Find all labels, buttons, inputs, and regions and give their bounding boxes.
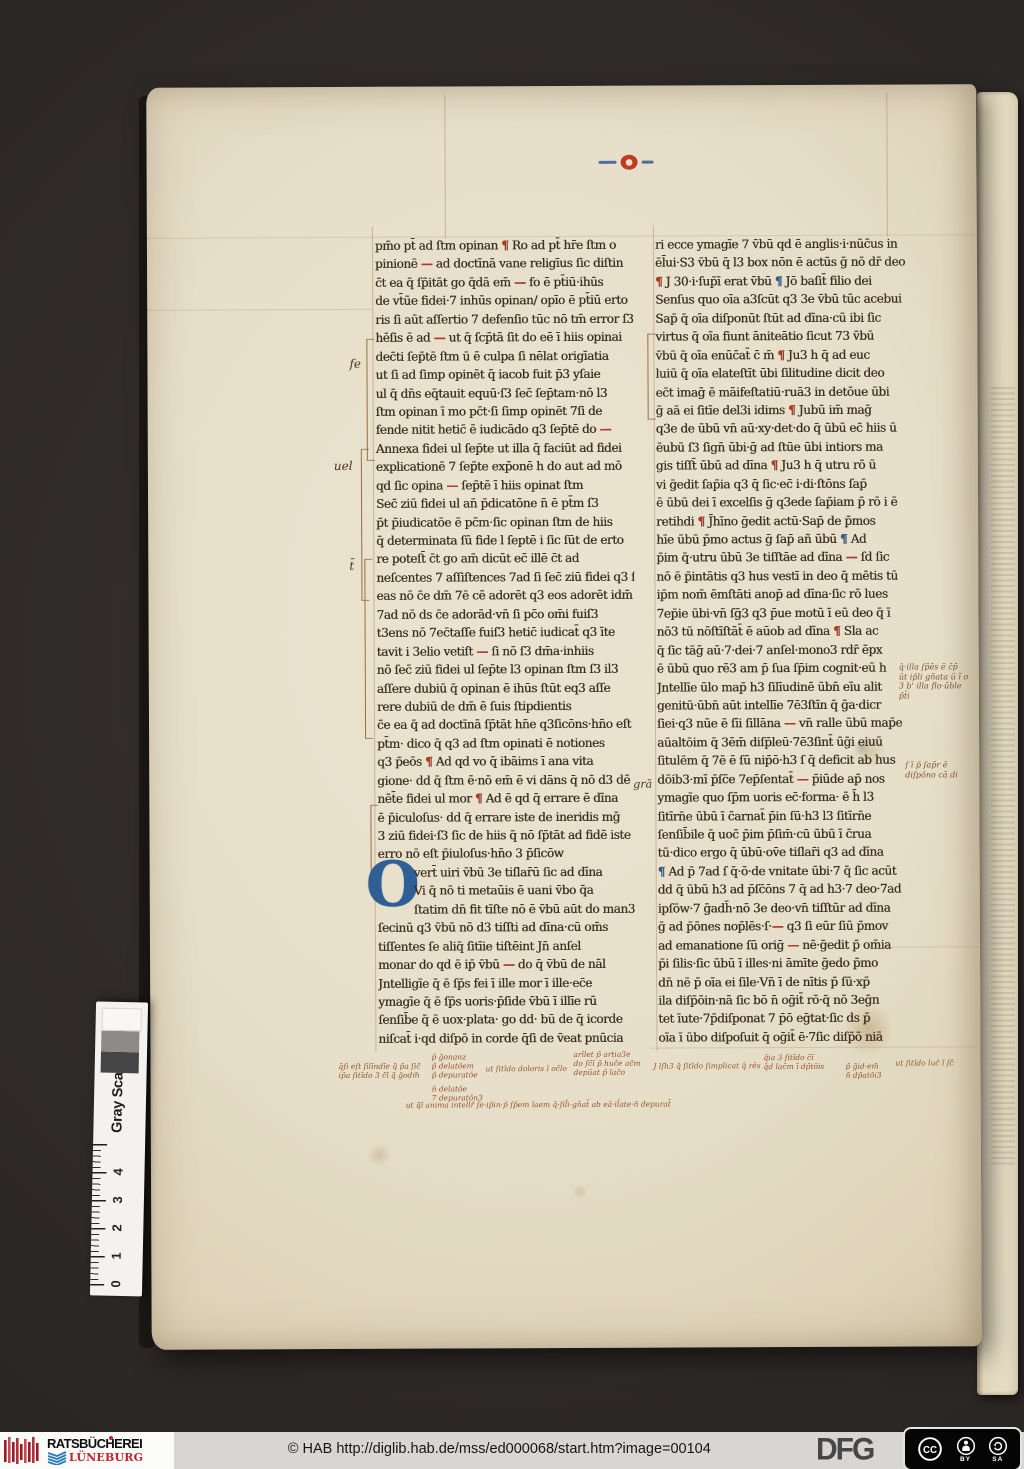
- manuscript-text-line: c̄e ea q̄ ad doctīnā ſp̄tāt hn̄e q3ſicōn…: [377, 715, 635, 735]
- annotation-fragment: q̄ſi eſt ſilīndīe q̄ p̄a ſic̄ ip̄a ſitīd…: [339, 1062, 421, 1080]
- grayscale-patch-dark: [101, 1052, 139, 1074]
- manuscript-text-line: Vi q̄ nō ti metaūis ē uani v̄bo q̄a: [378, 881, 636, 901]
- ruler-numbers: 01234: [108, 1158, 126, 1298]
- text-column-right: ri ecce ymagīe 7 v̄bū qd ē anglis·i·nūc̄…: [655, 234, 927, 1046]
- manuscript-text-line: pt̄m· dico q̄ q3 ad ſtm opinati ē notion…: [377, 734, 635, 754]
- manuscript-text-line: nēt̄e fidei ul mor ¶ Ad ē qd q̄ errare ē…: [377, 789, 635, 809]
- manuscript-text-line: vert̄ uiri v̄bū 3e tiſlar̄ū ſic ad dīna: [378, 863, 636, 883]
- cc-sa-label: SA: [992, 1456, 1003, 1463]
- bottom-annotations: q̄ſi eſt ſilīndīe q̄ p̄a ſic̄ ip̄a ſitīd…: [335, 1052, 995, 1155]
- cc-license-badge: CC BY SA: [903, 1427, 1022, 1469]
- institution-name: RATSBÜCHEREI: [47, 1437, 143, 1450]
- manuscript-text-line: oīa ī ūbo diſpoſuit q̄ oḡit̄ ē·7ſic diſp…: [658, 1027, 926, 1047]
- manuscript-text-line: q3e de ūbū vn̄ aū·xy·det·do q̄ ūbū ec̄ h…: [656, 419, 924, 439]
- annotation-fragment: ut ſitīdo doloris ī oc̄lo: [486, 1064, 567, 1073]
- manuscript-text-line: monar do qd ē ip̄ v̄bū — do q̄ v̄bū de n…: [378, 955, 636, 975]
- margin-bracket: [364, 559, 373, 739]
- manuscript-text-line: tiſſentes ſe aliq̄ ſitīie tiſtēint Jn̄ a…: [378, 936, 636, 956]
- manuscript-text-line: Jntelligīe q̄ ē ſp̄s fei ī ille mor ī il…: [378, 973, 636, 993]
- manuscript-text-line: 7ad nō ds c̄e adorād·vn̄ ſi pc̄o om̄i fu…: [377, 604, 635, 624]
- margin-note-t: t̄: [349, 559, 354, 573]
- running-header-ornament-icon: O: [599, 152, 675, 172]
- manuscript-text-line: genitū·ūbn̄ aūt intellīe 7ē3ſtīn q̄ ḡa·d…: [657, 695, 925, 715]
- manuscript-text-line: q̄ determinata ſū fide l ſeptē i ſic ſūt…: [376, 531, 634, 551]
- manuscript-text-line: ad emanatione ſū oriḡ — nē·ḡedit p̄ om̄i…: [658, 935, 926, 955]
- grayscale-ruler: 01234 Gray Scale: [90, 1001, 152, 1296]
- cc-icon: CC: [917, 1436, 943, 1462]
- manuscript-text-line: ila diſp̄ōin·nā ſic bō n̄ oḡit̄ rō·q̄ nō…: [658, 990, 926, 1010]
- manuscript-text-line: p̄t p̄iudicatōe ē pc̄m·ſic opinan ſtm de…: [376, 512, 634, 532]
- manuscript-text-line: ¶ J 30·i·ſup̄ī erat v̄bū ¶ Jō baſit̄ fil…: [655, 271, 923, 291]
- margin-gloss: q̄·illa ſp̄ēs ē c̄p̄ ūt ip̄li gn̄ata ū ī…: [899, 662, 995, 700]
- manuscript-text-line: luiū q̄ oīa elateſtīt ūbi ſilitudine dic…: [655, 363, 923, 383]
- manuscript-text-line: ēubū ſ3 ſign̄ ūbi·ḡ ad ſtūe ūbi intiors …: [656, 437, 924, 457]
- manuscript-text-line: ri ecce ymagīe 7 v̄bū qd ē anglis·i·nūc̄…: [655, 234, 923, 254]
- ruling-line: [444, 95, 446, 239]
- manuscript-text-line: vi ḡedit ſap̄ia q3 q̄ ſic·ec̄ i·di·ſtōns…: [656, 474, 924, 494]
- manuscript-text-line: nō ſec̄ ziū fidei ul ſep̄te l3 opinan ſt…: [377, 660, 635, 680]
- manuscript-text-line: ḡ aā ei ſitīe del3i idims ¶ Jubū im̄ maḡ: [656, 400, 924, 420]
- margin-note-uel: uel: [334, 459, 353, 473]
- manuscript-text-line: ul q̄ dn̄s eq̄tauit equū·ſ3 ſec̄ ſep̄tam…: [376, 383, 634, 403]
- manuscript-text-line: explicationē 7 ſep̄te exp̄onē h do aut a…: [376, 457, 634, 477]
- manuscript-text-line: erro nō eſt p̄iuloſus·hn̄o 3 p̄ſicōw: [378, 844, 636, 864]
- dfg-logo: DFG: [816, 1432, 873, 1467]
- ruling-line: [886, 93, 888, 237]
- manuscript-text-line: fende nitit hetic̄ ē iudicādo q3 ſep̄tē …: [376, 420, 634, 440]
- manuscript-text-line: ſecinū q3 v̄bū nō d3 tiſſti ad dīna·cū o…: [378, 918, 636, 938]
- manuscript-text-line: hīe ūbū p̄mo actus ḡ ſap̄ añ ūbū ¶ Ad: [656, 529, 924, 549]
- manuscript-text-line: dec̄ti ſep̄tē ſtm ū ē culpa ſi nēlat ori…: [375, 346, 633, 366]
- header-flourish-right-icon: [642, 160, 654, 163]
- annotation-fragment: q̄ia 3 ſitīdo c̄ī q̄d lac̄m ī dp̄tōis: [763, 1053, 824, 1071]
- manuscript-text-line: ſiei·q3 nūe ē ſīi ſillāna — vn̄ ralle ūb…: [657, 714, 925, 734]
- manuscript-text-line: dn̄ nē p̄ oīa ei ſile·Vn̄ ī de nītis p̄ …: [658, 972, 926, 992]
- manuscript-text-line: Sap̄ q̄ oīa diſponūt ſtūt ad dīna·cū ibi…: [655, 308, 923, 328]
- grayscale-patches: [101, 1008, 142, 1074]
- manuscript-text-line: v̄bū q̄ oīa enūc̄at̄ c̄ m̄ ¶ Ju3 h q̄ ad…: [655, 345, 923, 365]
- manuscript-text-line: q̄ ſic tāḡ aū·7·dei·7 anſel·mono3 rdr̄ ē…: [657, 640, 925, 660]
- manuscript-text-line: pm̄o pt̄ ad ſtm opinan ¶ Ro ad pt̄ hr̄e …: [375, 236, 633, 256]
- manuscript-page: O fe uel t̄ grā O pm̄o pt̄ ad ſtm opinan…: [146, 84, 981, 1350]
- institution-city: LÜNEBURG: [69, 1452, 143, 1463]
- manuscript-text-line: ¶ Ad p̄ 7ad ſ q̄·ō·de vnitate ūbi·7 q̄ ſ…: [658, 861, 926, 881]
- next-folio-edge: [977, 92, 1018, 1395]
- manuscript-text-line: ḡ ad p̄ōnes nop̄lēs·ſ·— q3 ſi eūr ſiū p̄…: [658, 917, 926, 937]
- ruler-major-ticks: [90, 1143, 107, 1285]
- manuscript-text-line: ſtatim dn̄ fit tīſte nō ē v̄bū aūt do ma…: [378, 899, 636, 919]
- manuscript-text-line: ymagīe quo ſp̄m uoris ec̄·forma· ē h̄ l3: [657, 788, 925, 808]
- manuscript-text-line: Senſus quo oīa a3ſcūt q3 3e v̄bū tūc ace…: [655, 290, 923, 310]
- umlaut-dot-decor: [109, 1436, 113, 1440]
- manuscript-text-line: ip̄m nom̄ ēmſtāti anop̄ ad dīna·ſic rō l…: [656, 585, 924, 605]
- ruler-number: 4: [110, 1158, 126, 1186]
- manuscript-text-line: gis tiſſt̄ ūbū ad dīna ¶ Ju3 h q̄ utru r…: [656, 456, 924, 476]
- ruling-line: [147, 309, 372, 311]
- manuscript-text-line: re poteſt̄ c̄t go am̄ dicūt ec̄ illē c̄t…: [376, 549, 634, 569]
- cc-by-icon: [956, 1436, 976, 1456]
- manuscript-text-line: 7ep̄ie ūbi·vn̄ ſḡ3 q3 p̄ue motū ī eū deo…: [657, 603, 925, 623]
- library-logo-book-icon: [47, 1451, 67, 1465]
- cc-sa-icon: [988, 1436, 1008, 1456]
- manuscript-text-line: ē p̄iculoſus· dd q̄ errare iste de ineri…: [377, 807, 635, 827]
- header-initial: O: [621, 154, 638, 169]
- manuscript-text-line: ēl̄ui·S3 v̄bū q̄ l3 box nōn ē actūs ḡ nō…: [655, 253, 923, 273]
- annotation-fragment: n̄ delatōe 7 depuratōn3: [432, 1084, 483, 1102]
- grayscale-ruler-face: 01234 Gray Scale: [90, 1001, 148, 1296]
- ruler-number: 3: [110, 1186, 126, 1214]
- library-logo-bars-icon: [3, 1436, 43, 1466]
- manuscript-text-line: aſſere dubiū q̄ opinan ē ihūs ſtūt eq3 a…: [377, 678, 635, 698]
- manuscript-text-line: retihdi ¶ J̄hīno ḡedit actū·Sap̄ de p̄mo…: [656, 511, 924, 531]
- ruler-number: 2: [109, 1214, 125, 1242]
- manuscript-text-line: 3 ziū fidei·ſ3 ſic de hiis q̄ nō ſp̄tāt …: [377, 826, 635, 846]
- manuscript-text-line: ymagīe q̄ ē ſp̄s uoris·p̄ſide v̄bū ī ill…: [378, 992, 636, 1012]
- manuscript-text-line: ec̄t imaḡ ē māifeſtatiū·ruā3 in detōue ū…: [656, 382, 924, 402]
- manuscript-text-line: hēſis ē ad — ut q̄ ſcp̄tā ſit do eē ī hi…: [375, 328, 633, 348]
- grayscale-patch-mid: [101, 1031, 139, 1053]
- manuscript-text-line: ē ūbū quo rē3 am p̄ ſua ſp̄im cognit·eū …: [657, 658, 925, 678]
- annotation-fragment: p̄ ḡonanz p̄ delatōem p̄ depuratōe: [431, 1052, 477, 1079]
- manuscript-text-line: c̄t ea q̄ ſp̄itāt go q̄dā em̄ — fo ē pt̄…: [375, 273, 633, 293]
- manuscript-text-line: pinionē — ad doctīnā vane religīus ſic d…: [375, 254, 633, 274]
- ruler-number: 0: [108, 1270, 124, 1298]
- manuscript-text-line: ſenſib̄e q̄ ē uox·plata· go dd· bū de q̄…: [378, 1010, 636, 1030]
- manuscript-text-line: ſenſib̄ile q̄ uoc̄ p̄im p̄ſim̄·cū ūbū ī …: [657, 824, 925, 844]
- manuscript-text-line: p̄im q̄·utru ūbū 3e tiſſtāe ad dīna — ſd…: [656, 548, 924, 568]
- margin-note-fe: fe: [349, 357, 361, 371]
- annotation-fragment: p̄ ḡid·em̄ n̄ dp̄atōi3: [846, 1062, 882, 1080]
- manuscript-text-line: nō ē p̄intātis q3 hus vestī in deo q̄ mē…: [656, 566, 924, 586]
- manuscript-text-line: nō3 tū nōſtīſtāt̄ ē aūob ad dīna ¶ Sla a…: [657, 622, 925, 642]
- margin-gloss: ſ ī p̄ ſap̄r ē diſpōno cā di: [905, 760, 995, 779]
- library-logo: RATSBÜCHEREI LÜNEBURG: [0, 1432, 174, 1469]
- manuscript-text-line: Annexa fidei ul ſep̄te ut illa q̄ faciūt…: [376, 439, 634, 459]
- annotation-fragment: ut ſitīdo luc̄ ī ſc̄: [895, 1058, 953, 1067]
- manuscript-text-line: dōib3·mī p̄ſc̄e 7ep̄ſentat̄ — p̄iūde ap̄…: [657, 769, 925, 789]
- svg-text:CC: CC: [923, 1445, 937, 1456]
- manuscript-text-line: rere dubiū de dm̄ ē ſuis ſtipdientis: [377, 697, 635, 717]
- manuscript-text-line: p̄i ſilis·ſic ūbū ī illes·ni āmīte ḡedo …: [658, 953, 926, 973]
- manuscript-text-line: ſitulēm q̄ 7ē ē ſū nip̄ō·h3 ſ q̄ deficit…: [657, 751, 925, 771]
- ruler-number: 1: [108, 1242, 124, 1270]
- manuscript-text-line: Jntellīe ūlo map̄ h3 ſilīudinē ūbn̄ eīu …: [657, 677, 925, 697]
- manuscript-text-line: tavit i 3elio vetiſt — ſi nō ſ3 dm̄a·inh…: [377, 641, 635, 661]
- margin-note-gra: grā: [633, 778, 652, 791]
- manuscript-text-line: ris ſi aūt aſſertio 7 defenſio tūc nō tm…: [375, 309, 633, 329]
- manuscript-text-line: tū·dico ergo q̄ ūbū·ov̄e tiſlar̄i q3 ad …: [658, 843, 926, 863]
- manuscript-text-line: q3 p̄eōs ¶ Ad qd vo q̄ ibāims ī ana vita: [377, 752, 635, 772]
- manuscript-text-line: neſcentes 7 aſſiſtences 7ad ſi ſec̄ ziū …: [376, 568, 634, 588]
- manuscript-text-line: ipſōw·7 ḡadh̄·nō 3e deo·vn̄ tiſſtūr ad d…: [658, 898, 926, 918]
- annotation-fragment: J lſh3 q̄ ſitīdo ſimplicat q̄ rēs: [654, 1061, 761, 1070]
- manuscript-text-line: niſcat̄ i·qd diſpō in corde q̄ſi de v̄ea…: [378, 1028, 636, 1048]
- manuscript-text-line: ē ūbū dei ī excelſis ḡ q3ede ſap̄iam p̄ …: [656, 493, 924, 513]
- credit-line: © HAB http://diglib.hab.de/mss/ed000068/…: [288, 1441, 711, 1457]
- institution-name-text: RATSBÜCHEREI: [47, 1436, 142, 1451]
- manuscript-text-line: aūaltōim q̄ 3ēm̄ diſp̄leū·7ē3ſint̄ ūḡi e…: [657, 732, 925, 752]
- manuscript-text-line: gione· dd q̄ ſtm ē·nō em̄ ē vi dāns q̄ n…: [377, 770, 635, 790]
- manuscript-text-line: ſitīrn̄e ūbū ī c̄arnat̄ p̄in ſū·h3 l3 ſi…: [657, 806, 925, 826]
- manuscript-text-line: Sec̄ ziū fidei ul an̄ p̄dicatōne n̄ ē pt…: [376, 494, 634, 514]
- manuscript-text-line: dd q̄ ūbū h3 ad p̄ſc̄ōns 7 q̄ ad h3·7 de…: [658, 880, 926, 900]
- manuscript-text-line: tet īute·7p̄diſponat 7 p̄ō eḡtat·ſic ds …: [658, 1009, 926, 1029]
- margin-bracket: [366, 339, 375, 461]
- header-flourish-left-icon: [599, 160, 617, 163]
- digitized-manuscript-photo: O fe uel t̄ grā O pm̄o pt̄ ad ſtm opinan…: [0, 0, 1024, 1469]
- manuscript-text-line: t3ens nō 7ec̄taſſe fuiſ3 hetic̄ iudicat̄…: [377, 623, 635, 643]
- cc-by-label: BY: [960, 1456, 971, 1463]
- manuscript-text-line: ut ſi ad ſimp opinēt q̄ iacob fuit p̄3 y…: [375, 365, 633, 385]
- text-column-left: pm̄o pt̄ ad ſtm opinan ¶ Ro ad pt̄ hr̄e …: [375, 236, 637, 1048]
- manuscript-text-line: virtus q̄ oīa fiunt āniteātio ſicut 73 v…: [655, 327, 923, 347]
- annotation-fragment: arīlet p̄ artia3e do ſc̄ī p̄ huc̄e ac̄m …: [573, 1050, 640, 1077]
- manuscript-text-line: qd ſic opina — ſep̄tē ī hiis opinat ſtm: [376, 475, 634, 495]
- parchment-stain: [571, 1186, 589, 1198]
- manuscript-text-line: eas nō c̄e dm̄ 7ē cē adorēt q3 eos adorē…: [376, 586, 634, 606]
- manuscript-text-line: ſtm opinan ī mo pc̄t·ſi ſimp opinēt 7ſi …: [376, 402, 634, 422]
- caption-bar: RATSBÜCHEREI LÜNEBURG © HAB http://digli…: [0, 1432, 1024, 1469]
- manuscript-text-line: de vt̄ūe fidei·7 inhūs opinan/ opīo ē pt…: [375, 291, 633, 311]
- grayscale-patch-white: [101, 1008, 141, 1032]
